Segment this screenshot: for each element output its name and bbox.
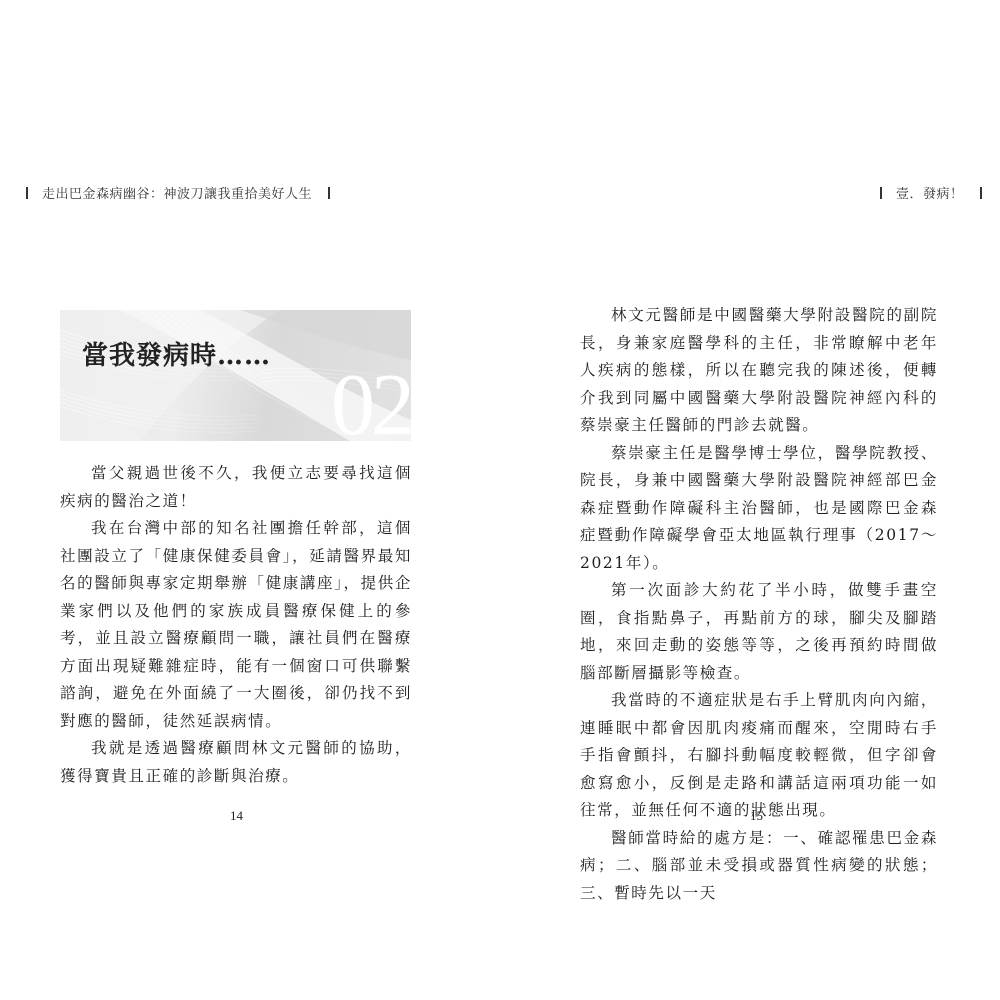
page-number-right: 15 <box>750 808 763 824</box>
paragraph: 林文元醫師是中國醫藥大學附設醫院的副院長，身兼家庭醫學科的主任，非常瞭解中老年人… <box>580 302 938 440</box>
paragraph: 第一次面診大約花了半小時，做雙手畫空圈，食指點鼻子，再點前方的球，腳尖及腳踏地，… <box>580 577 938 687</box>
running-head-left: 走出巴金森病幽谷：神波刀讓我重拾美好人生 <box>26 183 330 202</box>
right-page: 壹．發病！ 林文元醫師是中國醫藥大學附設醫院的副院長，身兼家庭醫學科的主任，非常… <box>500 0 1000 1000</box>
paragraph: 當父親過世後不久，我便立志要尋找這個疾病的醫治之道！ <box>60 460 412 515</box>
head-divider-bar <box>26 187 28 199</box>
section-title: 壹．發病！ <box>896 183 964 202</box>
paragraph: 醫師當時給的處方是：一、確認罹患巴金森病；二、腦部並未受損或器質性病變的狀態；三… <box>580 825 938 908</box>
chapter-banner: 當我發病時…… 02 <box>60 310 411 441</box>
chapter-number: 02 <box>331 362 411 441</box>
book-title: 走出巴金森病幽谷：神波刀讓我重拾美好人生 <box>42 183 312 202</box>
page-number-left: 14 <box>230 808 243 824</box>
head-divider-bar <box>880 187 882 199</box>
head-divider-bar <box>980 187 982 199</box>
paragraph: 蔡崇豪主任是醫學博士學位，醫學院教授、院長，身兼中國醫藥大學附設醫院神經部巴金森… <box>580 440 938 578</box>
paragraph: 我當時的不適症狀是右手上臂肌肉向內縮，連睡眠中都會因肌肉痠痛而醒來，空閒時右手手… <box>580 687 938 825</box>
head-divider-bar <box>328 187 330 199</box>
paragraph: 我就是透過醫療顧問林文元醫師的協助，獲得寶貴且正確的診斷與治療。 <box>60 735 412 790</box>
paragraph: 我在台灣中部的知名社團擔任幹部，這個社團設立了「健康保健委員會」，延請醫界最知名… <box>60 515 412 735</box>
left-body-text: 當父親過世後不久，我便立志要尋找這個疾病的醫治之道！ 我在台灣中部的知名社團擔任… <box>60 460 412 790</box>
left-page: 走出巴金森病幽谷：神波刀讓我重拾美好人生 <box>0 0 500 1000</box>
chapter-title: 當我發病時…… <box>82 335 271 372</box>
running-head-right: 壹．發病！ <box>880 183 982 202</box>
